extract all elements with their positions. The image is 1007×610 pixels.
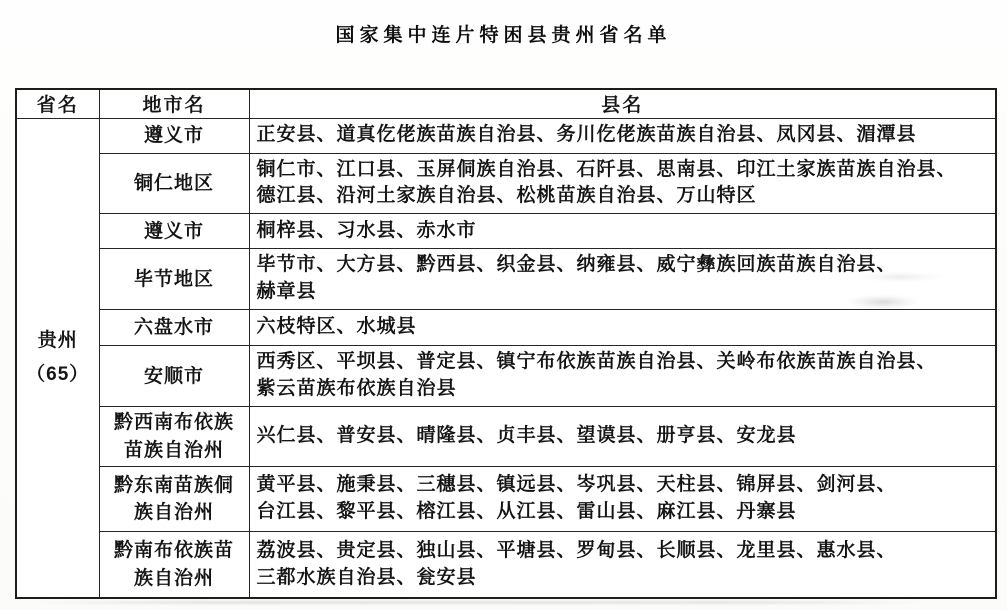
table-row: 黔东南苗族侗 族自治州 黄平县、施秉县、三穗县、镇远县、岑巩县、天柱县、锦屏县、… bbox=[16, 467, 996, 532]
county-cell: 西秀区、平坝县、普定县、镇宁布依族苗族自治县、关岭布依族苗族自治县、 紫云苗族布… bbox=[249, 346, 996, 407]
header-city: 地市名 bbox=[99, 89, 249, 118]
table-row: 贵州 （65） 遵义市 正安县、道真仡佬族苗族自治县、务川仡佬族苗族自治县、凤冈… bbox=[16, 118, 996, 153]
province-count: （65） bbox=[17, 358, 99, 392]
table-row: 六盘水市 六枝特区、水城县 bbox=[16, 310, 996, 346]
table-row: 安顺市 西秀区、平坝县、普定县、镇宁布依族苗族自治县、关岭布依族苗族自治县、 紫… bbox=[16, 346, 996, 407]
city-cell: 安顺市 bbox=[99, 346, 249, 407]
city-cell: 六盘水市 bbox=[99, 310, 249, 346]
city-cell: 遵义市 bbox=[99, 118, 249, 153]
scanned-document-page: 国家集中连片特困县贵州省名单 省名 地市名 县名 贵州 （65） 遵义市 正安县… bbox=[0, 0, 1007, 610]
table-row: 黔西南布依族 苗族自治州 兴仁县、普安县、晴隆县、贞丰县、望谟县、册亨县、安龙县 bbox=[16, 407, 996, 467]
province-cell: 贵州 （65） bbox=[16, 118, 99, 598]
city-cell: 遵义市 bbox=[99, 214, 249, 249]
province-name: 贵州 bbox=[17, 324, 99, 358]
city-cell: 黔东南苗族侗 族自治州 bbox=[99, 467, 249, 532]
scan-artifact bbox=[30, 601, 930, 604]
document-title: 国家集中连片特困县贵州省名单 bbox=[0, 20, 1007, 47]
header-province: 省名 bbox=[16, 89, 99, 118]
county-cell: 荔波县、贵定县、独山县、平塘县、罗甸县、长顺县、龙里县、惠水县、 三都水族自治县… bbox=[249, 532, 996, 598]
county-cell: 兴仁县、普安县、晴隆县、贞丰县、望谟县、册亨县、安龙县 bbox=[249, 407, 996, 467]
city-cell: 铜仁地区 bbox=[99, 153, 249, 214]
county-cell: 六枝特区、水城县 bbox=[249, 310, 996, 346]
poverty-county-table: 省名 地市名 县名 贵州 （65） 遵义市 正安县、道真仡佬族苗族自治县、务川仡… bbox=[15, 88, 997, 599]
table-row: 遵义市 桐梓县、习水县、赤水市 bbox=[16, 214, 996, 249]
city-cell: 毕节地区 bbox=[99, 249, 249, 310]
header-county: 县名 bbox=[249, 89, 996, 118]
table-header-row: 省名 地市名 县名 bbox=[16, 89, 996, 118]
county-cell: 铜仁市、江口县、玉屏侗族自治县、石阡县、思南县、印江土家族苗族自治县、 德江县、… bbox=[249, 153, 996, 214]
table-row: 毕节地区 毕节市、大方县、黔西县、织金县、纳雍县、威宁彝族回族苗族自治县、 赫章… bbox=[16, 249, 996, 310]
city-cell: 黔南布依族苗 族自治州 bbox=[99, 532, 249, 598]
county-cell: 正安县、道真仡佬族苗族自治县、务川仡佬族苗族自治县、凤冈县、湄潭县 bbox=[249, 118, 996, 153]
table-row: 黔南布依族苗 族自治州 荔波县、贵定县、独山县、平塘县、罗甸县、长顺县、龙里县、… bbox=[16, 532, 996, 598]
county-cell: 黄平县、施秉县、三穗县、镇远县、岑巩县、天柱县、锦屏县、剑河县、 台江县、黎平县… bbox=[249, 467, 996, 532]
county-cell: 毕节市、大方县、黔西县、织金县、纳雍县、威宁彝族回族苗族自治县、 赫章县 bbox=[249, 249, 996, 310]
county-cell: 桐梓县、习水县、赤水市 bbox=[249, 214, 996, 249]
city-cell: 黔西南布依族 苗族自治州 bbox=[99, 407, 249, 467]
table-row: 铜仁地区 铜仁市、江口县、玉屏侗族自治县、石阡县、思南县、印江土家族苗族自治县、… bbox=[16, 153, 996, 214]
